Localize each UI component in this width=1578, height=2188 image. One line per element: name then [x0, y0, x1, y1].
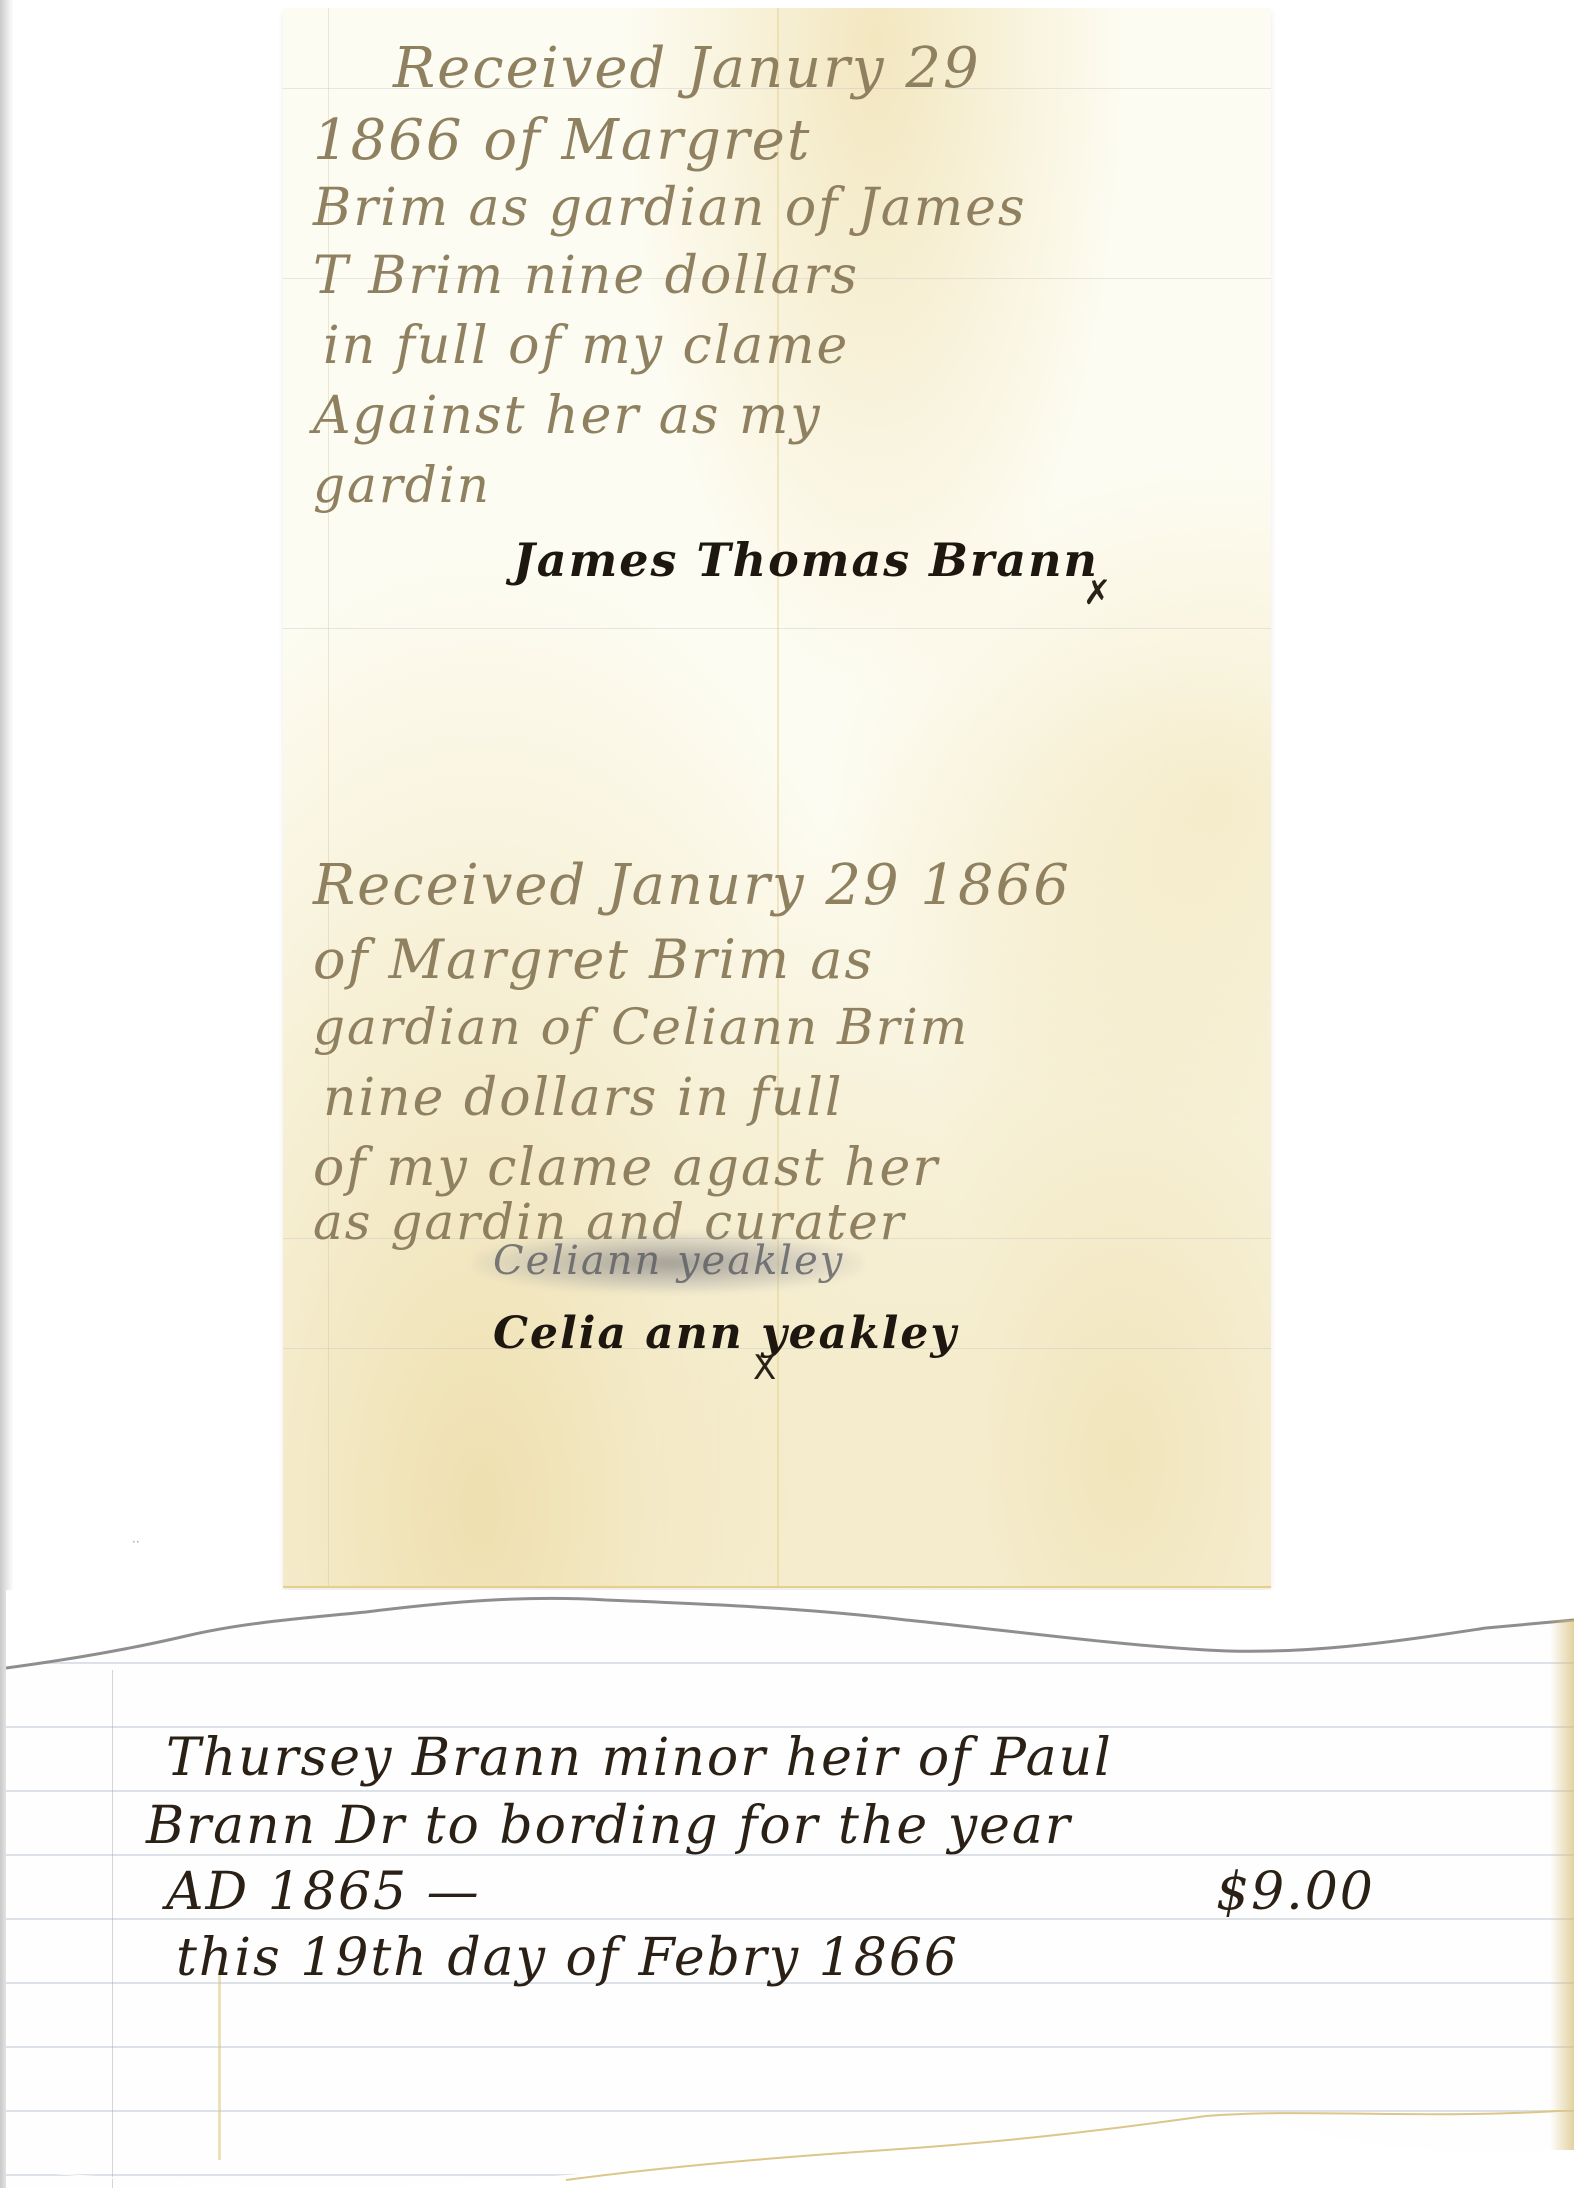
torn-note-sheet: Thursey Brann minor heir of Paul Brann D… [6, 1600, 1574, 2188]
receipt-2-x-mark: X [753, 1348, 776, 1388]
receipt-1-line-5: in full of my clame [323, 316, 849, 376]
receipt-2-line-1: Received Janury 29 1866 [313, 853, 1071, 918]
margin-line [328, 8, 329, 1586]
receipt-2-line-5: of my clame agast her [313, 1138, 939, 1198]
torn-edge [6, 1590, 1574, 1680]
note-line-3: AD 1865 — [166, 1862, 481, 1922]
struck-signature: Celiann yeakley [493, 1238, 844, 1284]
receipt-1-line-1: Received Janury 29 [393, 36, 981, 101]
bleed-through-text [278, 1419, 328, 1466]
receipt-1-signature: James Thomas Brann [513, 533, 1099, 587]
receipt-2-line-4: nine dollars in full [323, 1068, 844, 1128]
rule-line [283, 628, 1271, 629]
receipt-2-line-3: gardian of Celiann Brim [313, 998, 969, 1056]
scan-speck: ·· [132, 1535, 140, 1549]
receipt-2-signature: Celia ann yeakley [493, 1308, 958, 1359]
edge-stain [1550, 1620, 1574, 2150]
note-line-1: Thursey Brann minor heir of Paul [166, 1728, 1113, 1788]
note-amount: $9.00 [1216, 1862, 1375, 1922]
receipt-1-line-7: gardin [313, 456, 491, 514]
receipt-sheet-top: Received Janury 29 1866 of Margret Brim … [283, 8, 1271, 1588]
receipt-2-line-2: of Margret Brim as [313, 928, 874, 991]
note-line-4: this 19th day of Febry 1866 [176, 1928, 959, 1988]
receipt-1-line-6: Against her as my [313, 386, 822, 446]
receipt-1-line-3: Brim as gardian of James [313, 178, 1027, 238]
receipt-1-line-2: 1866 of Margret [313, 108, 811, 173]
receipt-1-line-4: T Brim nine dollars [313, 246, 859, 306]
receipt-1-x-mark: ✗ [1083, 573, 1112, 613]
note-line-2: Brann Dr to bording for the year [146, 1796, 1072, 1856]
torn-bottom-edge [6, 2110, 1574, 2188]
